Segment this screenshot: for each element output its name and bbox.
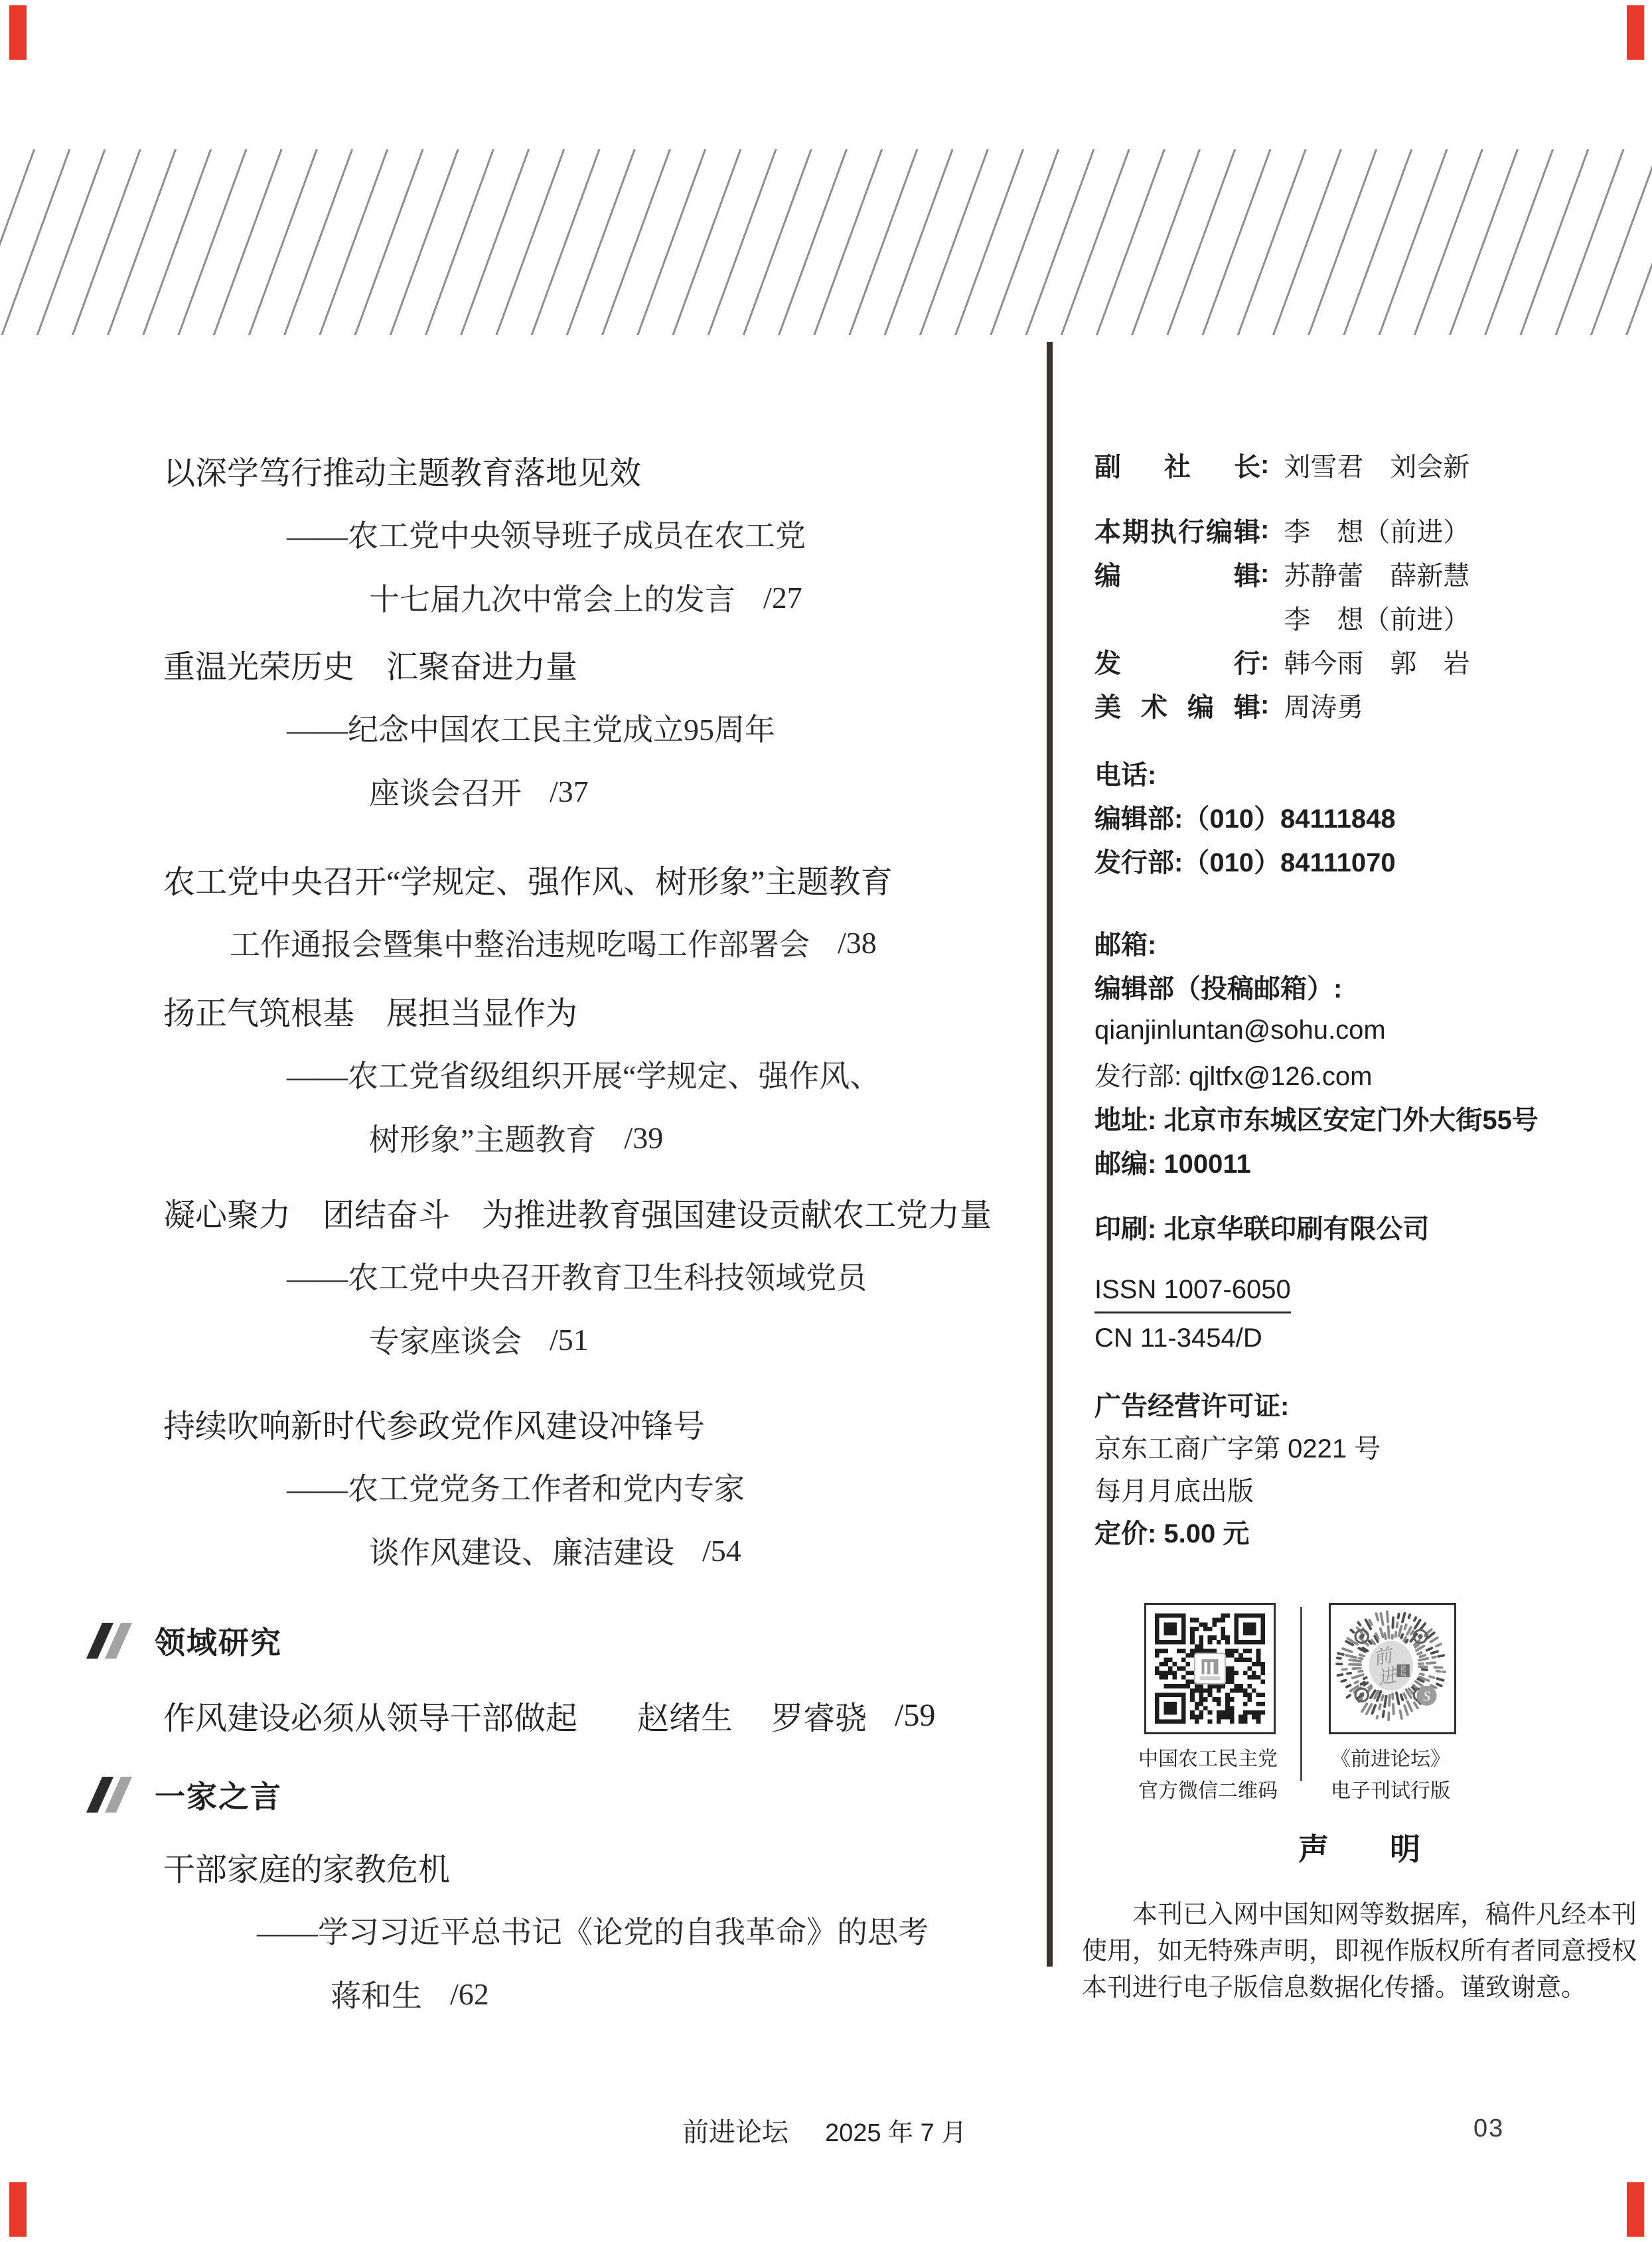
sunburst-code-image: 前进论坛S xyxy=(1335,1610,1450,1727)
staff-role-label: 副社长 xyxy=(1094,446,1260,484)
toc-entry-subline: 树形象”主题教育/39 xyxy=(163,1106,1026,1169)
toc-entry-title: 干部家庭的家教危机 xyxy=(163,1834,1026,1898)
toc-entry-title: 扬正气筑根基 展担当显作为 xyxy=(163,978,1026,1042)
toc-entry-title: 重温光荣历史 汇聚奋进力量 xyxy=(163,632,1026,696)
toc-line-text: 工作通报会暨集中整治违规吃喝工作部署会 xyxy=(230,921,810,964)
toc-line-text: ——农工党党务工作者和党内专家 xyxy=(287,1465,745,1509)
staff-colon: : xyxy=(1260,646,1269,676)
toc-page-number: /59 xyxy=(895,1697,935,1734)
statement-body: 本刊已入网中国知网等数据库，稿件凡经本刊使用，如无特殊声明，即视作版权所有者同意… xyxy=(1082,1897,1637,2006)
svg-text:S: S xyxy=(1423,1688,1430,1704)
statement-title: 声 明 xyxy=(1082,1825,1637,1869)
toc-line-text: 树形象”主题教育 xyxy=(369,1116,596,1159)
staff-row: :李 想（前进） xyxy=(1094,595,1633,639)
staff-role-label: 本期执行编辑 xyxy=(1094,511,1260,549)
footer-date: 2025 年 7 月 xyxy=(825,2112,966,2148)
toc-entry-subline: ——农工党党务工作者和党内专家 xyxy=(163,1455,1026,1519)
staff-colon: : xyxy=(1260,515,1269,545)
staff-colon: : xyxy=(1260,690,1269,720)
corner-mark-bottom-right xyxy=(1627,2182,1644,2237)
toc-page-number: /54 xyxy=(702,1533,741,1568)
toc-page-number: /37 xyxy=(550,774,589,809)
toc-line-text: 专家座谈会 xyxy=(369,1317,522,1361)
cn-number: CN 11-3454/D xyxy=(1094,1316,1633,1360)
block-line: 发行部:（010）84111070 xyxy=(1094,838,1633,882)
block-heading: 广告经营许可证: xyxy=(1094,1383,1633,1425)
toc-entry-subline: 十七届九次中常会上的发言/27 xyxy=(163,565,1026,629)
toc-page-number: /62 xyxy=(450,1977,489,2012)
block-line: 定价: 5.00 元 xyxy=(1094,1510,1633,1552)
toc-line-text: 重温光荣历史 汇聚奋进力量 xyxy=(163,641,577,687)
wechat-qr-caption: 中国农工民主党 官方微信二维码 xyxy=(1132,1744,1284,1807)
diagonal-stripe-band xyxy=(0,149,1652,335)
toc-line-text: ——纪念中国农工民主党成立95周年 xyxy=(287,706,775,749)
qr-code-image xyxy=(1155,1613,1265,1724)
block-line: 每月月底出版 xyxy=(1094,1467,1633,1510)
toc-line-text: 农工党中央召开“学规定、强作风、树形象”主题教育 xyxy=(163,856,893,902)
phone-block: 电话:编辑部:（010）84111848发行部:（010）84111070 xyxy=(1094,751,1633,882)
toc-entry-subline: 专家座谈会/51 xyxy=(163,1308,1026,1371)
staff-row: 副社长:刘雪君 刘会新 xyxy=(1094,443,1633,486)
section-slash-icon xyxy=(94,1623,124,1659)
toc-entry-title: 持续吹响新时代参政党作风建设冲锋号 xyxy=(163,1391,1026,1455)
corner-mark-bottom-left xyxy=(9,2182,27,2237)
staff-row: 美术编辑:周涛勇 xyxy=(1094,683,1633,727)
svg-text:坛: 坛 xyxy=(1400,1670,1406,1677)
staff-colon: : xyxy=(1260,450,1269,480)
staff-role-label: 编辑 xyxy=(1094,555,1260,593)
toc-line-text: 持续吹响新时代参政党作风建设冲锋号 xyxy=(163,1400,705,1446)
section-slash-icon xyxy=(94,1777,124,1813)
masthead-column: 副社长:刘雪君 刘会新本期执行编辑:李 想（前进）编辑:苏静蕾 薛新慧:李 想（… xyxy=(1094,425,1633,1552)
block-line: 发行部: qjltfx@126.com xyxy=(1094,1052,1633,1096)
staff-role-label: 发行 xyxy=(1094,642,1260,680)
toc-page-number: /39 xyxy=(624,1120,663,1156)
corner-mark-top-right xyxy=(1627,5,1644,60)
toc-line-text: ——农工党中央领导班子成员在农工党 xyxy=(287,512,806,556)
toc-line-text: 凝心聚力 团结奋斗 为推进教育强国建设贡献农工党力量 xyxy=(163,1189,992,1235)
staff-names: 李 想（前进） xyxy=(1284,599,1469,636)
block-line: 地址: 北京市东城区安定门外大街55号 xyxy=(1094,1096,1633,1140)
toc-entry-title: 凝心聚力 团结奋斗 为推进教育强国建设贡献农工党力量 xyxy=(163,1180,1026,1244)
column-divider-rule xyxy=(1047,342,1053,1967)
toc-page-number: /27 xyxy=(763,580,802,615)
license-block: 广告经营许可证:京东工商广字第 0221 号每月月底出版定价: 5.00 元 xyxy=(1094,1383,1633,1552)
toc-line-text: 蒋和生 xyxy=(331,1972,422,2016)
staff-names: 苏静蕾 薛新慧 xyxy=(1284,555,1469,593)
block-heading: 邮箱: xyxy=(1094,921,1633,964)
staff-row: 本期执行编辑:李 想（前进） xyxy=(1094,508,1633,552)
block-line: 京东工商广字第 0221 号 xyxy=(1094,1425,1633,1467)
staff-row: 编辑:苏静蕾 薛新慧 xyxy=(1094,552,1633,595)
toc-entry-title: 农工党中央召开“学规定、强作风、树形象”主题教育 xyxy=(163,847,1026,911)
section-label: 领域研究 xyxy=(155,1619,282,1663)
issn-number: ISSN 1007-6050 xyxy=(1094,1272,1633,1316)
staff-role-label: 美术编辑 xyxy=(1094,686,1260,724)
toc-author: 罗睿骁 xyxy=(771,1692,867,1738)
toc-line-text: ——农工党中央召开教育卫生科技领域党员 xyxy=(287,1254,867,1298)
toc-entry-subline: 谈作风建设、廉洁建设/54 xyxy=(163,1519,1026,1582)
statement-block: 声 明 本刊已入网中国知网等数据库，稿件凡经本刊使用，如无特殊声明，即视作版权所… xyxy=(1082,1825,1637,2006)
toc-line-text: ——学习习近平总书记《论党的自我革命》的思考 xyxy=(257,1908,929,1952)
toc-entry-subline: ——学习习近平总书记《论党的自我革命》的思考 xyxy=(163,1898,1026,1962)
footer-journal-name: 前进论坛 xyxy=(682,2111,788,2149)
toc-page-number: /38 xyxy=(838,925,877,960)
block-line: 编辑部:（010）84111848 xyxy=(1094,794,1633,838)
corner-mark-top-left xyxy=(9,5,27,60)
staff-colon: : xyxy=(1260,559,1269,589)
mail-block: 邮箱:编辑部（投稿邮箱）:qianjinluntan@sohu.com发行部: … xyxy=(1094,921,1633,1183)
toc-section-header: 领域研究 xyxy=(163,1609,1026,1673)
staff-row: 发行:韩今雨 郭 岩 xyxy=(1094,639,1633,683)
toc-line-text: 十七届九次中常会上的发言 xyxy=(369,575,735,619)
toc-entry-title: 以深学笃行推动主题教育落地见效 xyxy=(163,438,1026,502)
toc-line-text: 扬正气筑根基 展担当显作为 xyxy=(163,988,577,1033)
toc-section-header: 一家之言 xyxy=(163,1763,1026,1827)
footer-page-number: 03 xyxy=(1473,2115,1504,2143)
toc-entry-subline: 座谈会召开/37 xyxy=(163,759,1026,823)
toc-entry-title: 作风建设必须从领导干部做起赵绪生罗睿骁/59 xyxy=(163,1683,1026,1747)
toc-line-text: ——农工党省级组织开展“学规定、强作风、 xyxy=(287,1052,880,1096)
block-line: 编辑部（投稿邮箱）: xyxy=(1094,964,1633,1008)
print-line: 印刷: 北京华联印刷有限公司 xyxy=(1094,1205,1633,1248)
toc-entry-subline: 蒋和生/62 xyxy=(163,1962,1026,2026)
table-of-contents: 以深学笃行推动主题教育落地见效——农工党中央领导班子成员在农工党十七届九次中常会… xyxy=(163,438,1026,2026)
miniprogram-sunburst-code: 前进论坛S xyxy=(1329,1603,1456,1734)
toc-entry-subline: ——农工党中央召开教育卫生科技领域党员 xyxy=(163,1244,1026,1308)
block-line: 邮编: 100011 xyxy=(1094,1140,1633,1183)
toc-line-text: 干部家庭的家教危机 xyxy=(163,1844,450,1890)
toc-line-text: 座谈会召开 xyxy=(369,769,522,813)
wechat-qr-code xyxy=(1144,1603,1276,1734)
qr-area: 前进论坛S 中国农工民主党 官方微信二维码 《前进论坛》 电子刊试行版 xyxy=(1094,1603,1633,1802)
block-line: qianjinluntan@sohu.com xyxy=(1094,1008,1633,1052)
qr-divider-rule xyxy=(1300,1607,1302,1781)
toc-page-number: /51 xyxy=(550,1322,589,1357)
toc-entry-subline: ——农工党省级组织开展“学规定、强作风、 xyxy=(163,1042,1026,1106)
staff-names: 韩今雨 郭 岩 xyxy=(1284,642,1469,680)
staff-names: 李 想（前进） xyxy=(1284,511,1469,549)
staff-names: 周涛勇 xyxy=(1284,686,1363,724)
toc-entry-subline: 工作通报会暨集中整治违规吃喝工作部署会/38 xyxy=(163,911,1026,974)
magazine-toc-page: 以深学笃行推动主题教育落地见效——农工党中央领导班子成员在农工党十七届九次中常会… xyxy=(0,0,1652,2242)
toc-line-text: 作风建设必须从领导干部做起 xyxy=(163,1692,577,1738)
toc-author: 赵绪生 xyxy=(637,1692,733,1738)
toc-line-text: 以深学笃行推动主题教育落地见效 xyxy=(163,447,641,493)
block-heading: 电话: xyxy=(1094,751,1633,794)
toc-line-text: 谈作风建设、廉洁建设 xyxy=(369,1529,674,1572)
staff-block: 副社长:刘雪君 刘会新本期执行编辑:李 想（前进）编辑:苏静蕾 薛新慧:李 想（… xyxy=(1094,443,1633,727)
section-label: 一家之言 xyxy=(155,1773,282,1817)
footer-journal-line: 前进论坛 2025 年 7 月 xyxy=(682,2109,966,2150)
toc-entry-subline: ——农工党中央领导班子成员在农工党 xyxy=(163,502,1026,565)
miniprogram-caption: 《前进论坛》 电子刊试行版 xyxy=(1314,1744,1467,1807)
toc-entry-subline: ——纪念中国农工民主党成立95周年 xyxy=(163,696,1026,759)
staff-names: 刘雪君 刘会新 xyxy=(1284,446,1469,484)
